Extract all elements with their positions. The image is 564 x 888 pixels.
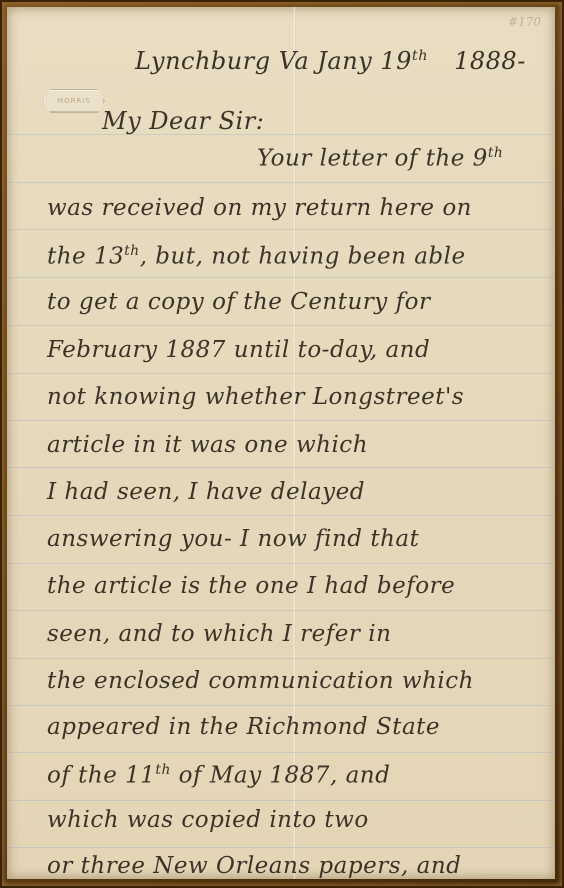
letter-line-10: the article is the one I had before	[47, 573, 455, 599]
letter-line-14: of the 11th of May 1887, and	[47, 762, 390, 789]
letter-line-11: seen, and to which I refer in	[47, 621, 391, 647]
letter-line-13: appeared in the Richmond State	[47, 714, 440, 740]
ruled-line	[7, 277, 555, 278]
ruled-line	[7, 182, 555, 183]
letter-line-1: Your letter of the 9th	[257, 145, 503, 172]
ruled-line	[7, 420, 555, 421]
picture-frame: #170 MORRIS Lynchburg Va Jany 19th 1888-…	[0, 0, 564, 888]
catalog-number: #170	[508, 15, 541, 29]
ruled-line	[7, 229, 555, 230]
ruled-line	[7, 752, 555, 753]
ruled-line	[7, 563, 555, 564]
letter-line-3: the 13th, but, not having been able	[47, 243, 466, 270]
embossed-stationer-stamp: MORRIS	[43, 89, 105, 113]
heading-place: Lynchburg Va	[135, 47, 309, 75]
ruled-line	[7, 800, 555, 801]
letter-line-2: was received on my return here on	[47, 195, 472, 221]
letter-page: #170 MORRIS Lynchburg Va Jany 19th 1888-…	[7, 7, 555, 879]
heading-date: Jany 19	[317, 47, 412, 75]
ruled-line	[7, 705, 555, 706]
ruled-line	[7, 658, 555, 659]
heading-year: 1888-	[454, 47, 526, 75]
letter-line-16: or three New Orleans papers, and	[47, 853, 461, 879]
ruled-line	[7, 847, 555, 848]
salutation: My Dear Sir:	[102, 107, 264, 135]
ruled-line	[7, 610, 555, 611]
ruled-line	[7, 134, 555, 135]
letter-line-8: I had seen, I have delayed	[47, 479, 365, 505]
ruled-line	[7, 515, 555, 516]
letter-line-6: not knowing whether Longstreet's	[47, 384, 464, 410]
ruled-line	[7, 467, 555, 468]
letter-line-9: answering you- I now find that	[47, 526, 419, 552]
ruled-line	[7, 325, 555, 326]
letter-line-12: the enclosed communication which	[47, 668, 474, 694]
heading-date-suffix: th	[412, 48, 428, 64]
letter-heading: Lynchburg Va Jany 19th 1888-	[135, 47, 526, 75]
letter-line-7: article in it was one which	[47, 432, 368, 458]
letter-line-4: to get a copy of the Century for	[47, 289, 430, 315]
letter-line-5: February 1887 until to-day, and	[47, 337, 430, 363]
letter-line-15: which was copied into two	[47, 807, 369, 833]
ruled-line	[7, 373, 555, 374]
